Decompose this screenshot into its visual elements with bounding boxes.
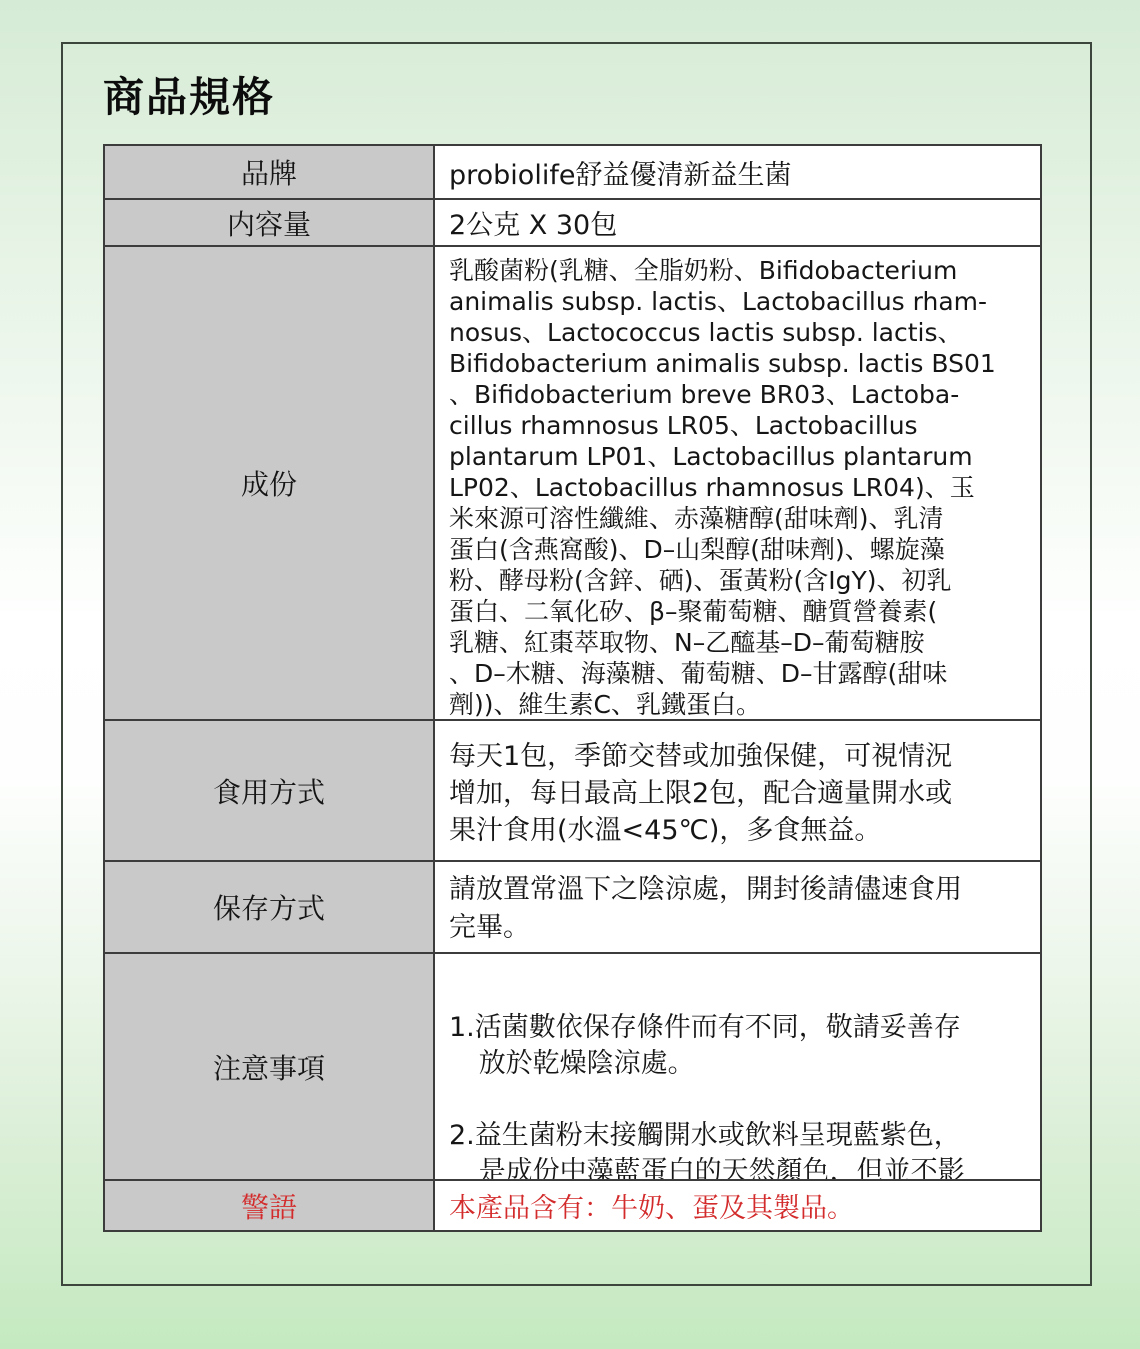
notes-value: 1.活菌數依保存條件而有不同，敬請妥善存 放於乾燥陰涼處。 2.益生菌粉末接觸開… bbox=[435, 954, 1040, 1179]
storage-value: 請放置常溫下之陰涼處，開封後請儘速食用 完畢。 bbox=[435, 862, 1040, 952]
table-row-content-amount: 内容量 2公克 X 30包 bbox=[105, 198, 1040, 245]
usage-label: 食用方式 bbox=[105, 721, 435, 860]
usage-value: 每天1包，季節交替或加強保健，可視情況 增加，每日最高上限2包，配合適量開水或 … bbox=[435, 721, 1040, 860]
spec-table: 品牌 probiolife舒益優清新益生菌 内容量 2公克 X 30包 成份 乳… bbox=[103, 144, 1042, 1232]
table-row-brand: 品牌 probiolife舒益優清新益生菌 bbox=[105, 146, 1040, 198]
warning-label: 警語 bbox=[105, 1181, 435, 1230]
brand-value: probiolife舒益優清新益生菌 bbox=[435, 146, 1040, 198]
table-row-notes: 注意事項 1.活菌數依保存條件而有不同，敬請妥善存 放於乾燥陰涼處。 2.益生菌… bbox=[105, 952, 1040, 1179]
page-title: 商品規格 bbox=[103, 72, 1090, 122]
warning-value: 本產品含有：牛奶、蛋及其製品。 bbox=[435, 1181, 1040, 1230]
notes-label: 注意事項 bbox=[105, 954, 435, 1179]
product-spec-panel: 商品規格 品牌 probiolife舒益優清新益生菌 内容量 2公克 X 30包… bbox=[61, 42, 1092, 1286]
ingredients-value: 乳酸菌粉(乳糖、全脂奶粉、Bifidobacterium animalis su… bbox=[435, 247, 1040, 719]
ingredients-label: 成份 bbox=[105, 247, 435, 719]
note-item-1: 1.活菌數依保存條件而有不同，敬請妥善存 放於乾燥陰涼處。 bbox=[449, 1010, 1030, 1082]
table-row-ingredients: 成份 乳酸菌粉(乳糖、全脂奶粉、Bifidobacterium animalis… bbox=[105, 245, 1040, 719]
content-amount-value: 2公克 X 30包 bbox=[435, 200, 1040, 245]
content-amount-label: 内容量 bbox=[105, 200, 435, 245]
brand-label: 品牌 bbox=[105, 146, 435, 198]
table-row-usage: 食用方式 每天1包，季節交替或加強保健，可視情況 增加，每日最高上限2包，配合適… bbox=[105, 719, 1040, 860]
table-row-storage: 保存方式 請放置常溫下之陰涼處，開封後請儘速食用 完畢。 bbox=[105, 860, 1040, 952]
note-item-2: 2.益生菌粉末接觸開水或飲料呈現藍紫色， 是成份中藻藍蛋白的天然顏色，但並不影 … bbox=[449, 1118, 1030, 1179]
storage-label: 保存方式 bbox=[105, 862, 435, 952]
table-row-warning: 警語 本產品含有：牛奶、蛋及其製品。 bbox=[105, 1179, 1040, 1230]
